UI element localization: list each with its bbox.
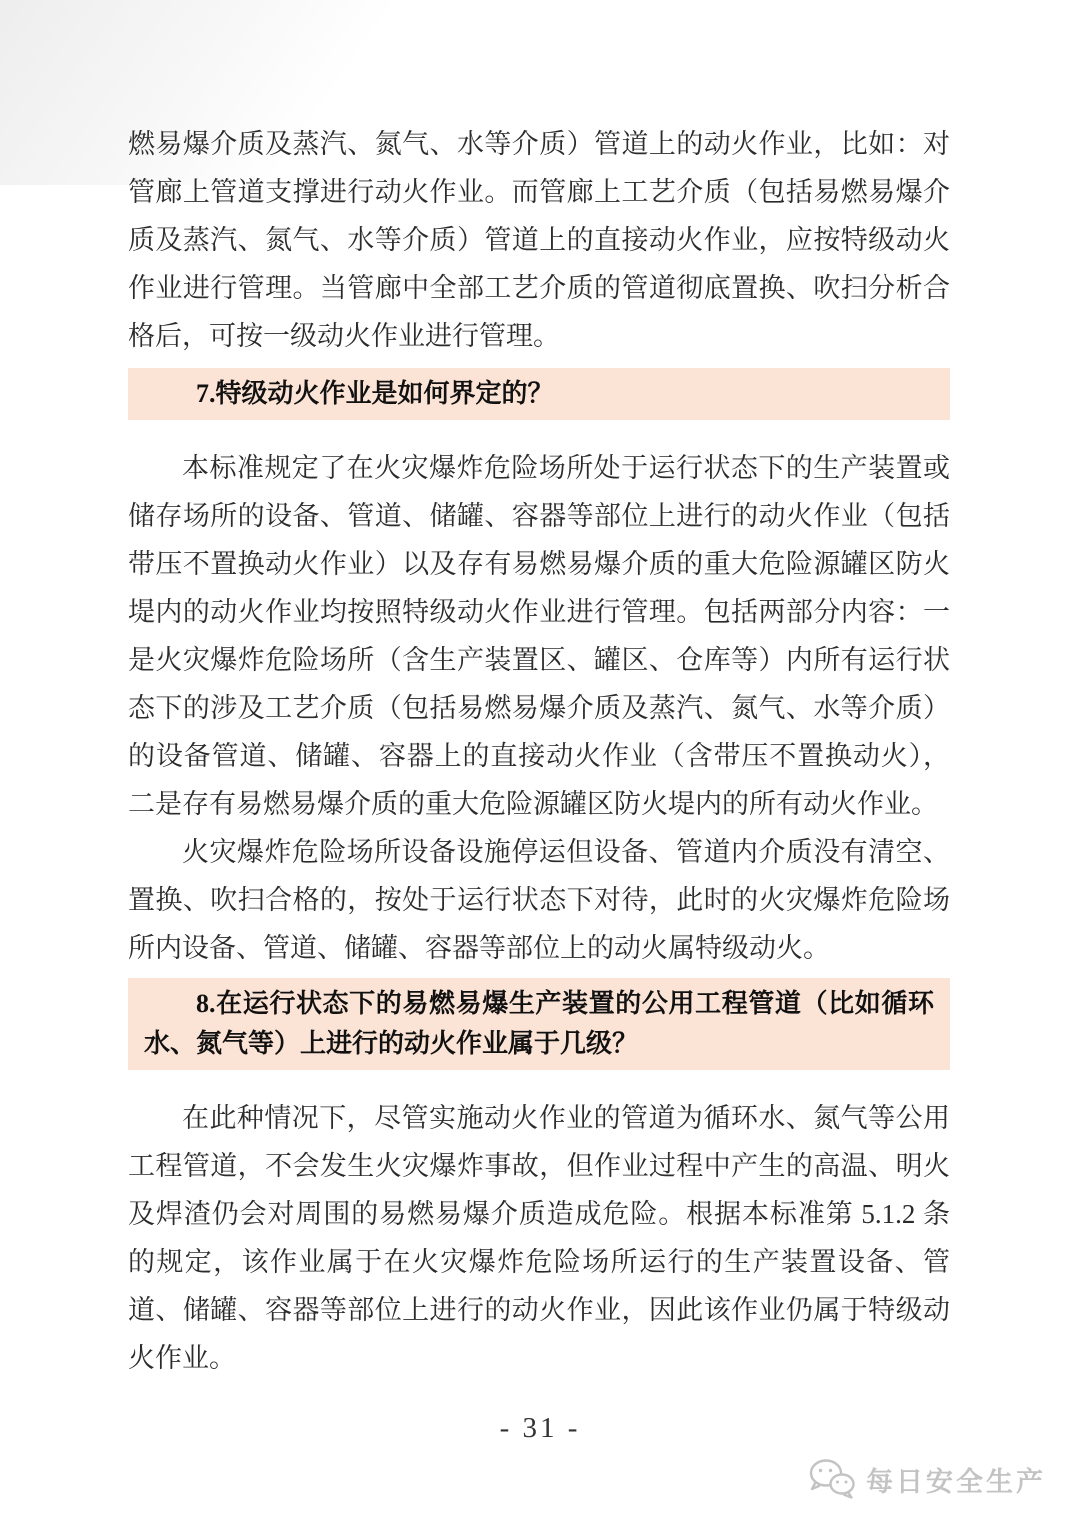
page-number: - 31 - (0, 1412, 1080, 1445)
continuation-paragraph: 燃易爆介质及蒸汽、氮气、水等介质）管道上的动火作业，比如：对管廊上管道支撑进行动… (128, 120, 950, 360)
watermark: 每日安全生产 (806, 1452, 1046, 1506)
document-page: 燃易爆介质及蒸汽、氮气、水等介质）管道上的动火作业，比如：对管廊上管道支撑进行动… (0, 0, 1080, 1528)
question-7-answer-paragraph-2: 火灾爆炸危险场所设备设施停运但设备、管道内介质没有清空、置换、吹扫合格的，按处于… (128, 828, 950, 972)
question-7-answer-paragraph-1: 本标准规定了在火灾爆炸危险场所处于运行状态下的生产装置或储存场所的设备、管道、储… (128, 444, 950, 828)
page-content: 燃易爆介质及蒸汽、氮气、水等介质）管道上的动火作业，比如：对管廊上管道支撑进行动… (128, 120, 950, 1382)
wechat-logo-icon (806, 1455, 858, 1503)
question-8-answer-paragraph: 在此种情况下，尽管实施动火作业的管道为循环水、氮气等公用工程管道，不会发生火灾爆… (128, 1094, 950, 1382)
question-8-heading: 8.在运行状态下的易燃易爆生产装置的公用工程管道（比如循环水、氮气等）上进行的动… (128, 978, 950, 1070)
watermark-label: 每日安全生产 (866, 1460, 1046, 1499)
question-7-heading: 7.特级动火作业是如何界定的？ (128, 368, 950, 420)
